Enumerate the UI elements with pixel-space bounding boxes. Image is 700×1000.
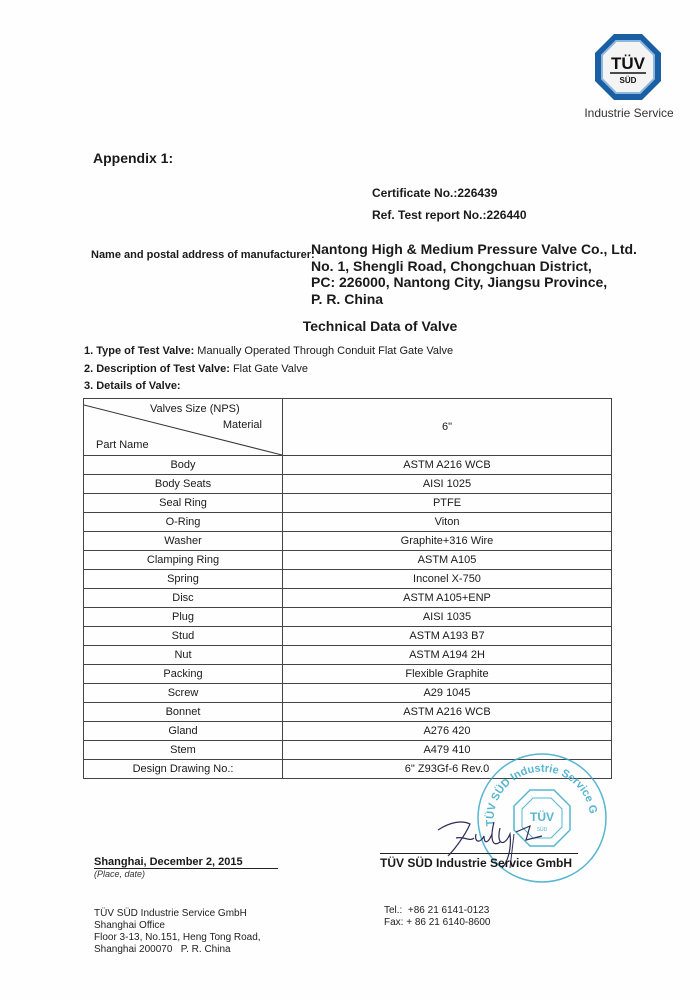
table-row: StudASTM A193 B7 [84, 627, 612, 646]
table-row: BodyASTM A216 WCB [84, 456, 612, 475]
manufacturer-address: Nantong High & Medium Pressure Valve Co.… [311, 241, 637, 307]
material-cell: ASTM A194 2H [283, 646, 612, 665]
material-cell: Viton [283, 513, 612, 532]
table-row: GlandA276 420 [84, 722, 612, 741]
table-row: Seal RingPTFE [84, 494, 612, 513]
footer-address-line: Floor 3-13, No.151, Heng Tong Road, [94, 932, 261, 944]
material-cell: ASTM A193 B7 [283, 627, 612, 646]
table-header-row: Valves Size (NPS) Material Part Name 6" [84, 399, 612, 456]
address-line: PC: 226000, Nantong City, Jiangsu Provin… [311, 274, 637, 291]
valves-size-label: Valves Size (NPS) [150, 403, 240, 415]
footer-tel: Tel.: +86 21 6141-0123 [384, 905, 490, 917]
part-name-cell: Seal Ring [84, 494, 283, 513]
material-cell: A29 1045 [283, 684, 612, 703]
part-name-cell: Washer [84, 532, 283, 551]
part-name-cell: Stem [84, 741, 283, 760]
svg-text:TÜV: TÜV [611, 54, 646, 73]
material-cell: Graphite+316 Wire [283, 532, 612, 551]
valve-description-item: 2. Description of Test Valve: Flat Gate … [84, 361, 453, 379]
size-value-cell: 6" [283, 399, 612, 456]
material-cell: ASTM A105 [283, 551, 612, 570]
part-name-cell: Body [84, 456, 283, 475]
material-cell: AISI 1025 [283, 475, 612, 494]
place-date-caption: (Place, date) [94, 869, 145, 879]
manufacturer-label: Name and postal address of manufacturer: [91, 249, 315, 261]
table-row: PackingFlexible Graphite [84, 665, 612, 684]
place-date: Shanghai, December 2, 2015 [94, 856, 243, 868]
address-line: No. 1, Shengli Road, Chongchuan District… [311, 258, 637, 275]
ref-test-report-number: Ref. Test report No.:226440 [372, 204, 527, 226]
material-cell: ASTM A216 WCB [283, 456, 612, 475]
address-line: P. R. China [311, 291, 637, 308]
material-cell: Flexible Graphite [283, 665, 612, 684]
table-row: Body SeatsAISI 1025 [84, 475, 612, 494]
table-row: BonnetASTM A216 WCB [84, 703, 612, 722]
table-row: WasherGraphite+316 Wire [84, 532, 612, 551]
footer-fax: Fax: + 86 21 6140-8600 [384, 917, 490, 929]
svg-text:SÜD: SÜD [620, 76, 637, 85]
valve-info-list: 1. Type of Test Valve: Manually Operated… [84, 343, 453, 396]
logo-caption: Industrie Service [574, 106, 684, 120]
part-name-cell: Packing [84, 665, 283, 684]
material-label: Material [223, 419, 262, 431]
tuv-sud-octagon-icon: TÜV SÜD [594, 33, 662, 101]
part-name-cell: Body Seats [84, 475, 283, 494]
material-cell: A276 420 [283, 722, 612, 741]
material-cell: PTFE [283, 494, 612, 513]
certificate-number: Certificate No.:226439 [372, 182, 527, 204]
table-row: SpringInconel X-750 [84, 570, 612, 589]
valve-details-item: 3. Details of Valve: [84, 378, 453, 396]
tuv-sud-logo: TÜV SÜD [594, 33, 662, 101]
document-title: Technical Data of Valve [0, 318, 700, 334]
part-name-cell: Design Drawing No.: [84, 760, 283, 779]
table-row: Clamping RingASTM A105 [84, 551, 612, 570]
part-name-cell: Screw [84, 684, 283, 703]
footer-address-line: Shanghai 200070 P. R. China [94, 944, 261, 956]
certificate-block: Certificate No.:226439 Ref. Test report … [372, 182, 527, 226]
part-name-cell: Plug [84, 608, 283, 627]
address-line: Nantong High & Medium Pressure Valve Co.… [311, 241, 637, 258]
table-row: NutASTM A194 2H [84, 646, 612, 665]
appendix-heading: Appendix 1: [93, 150, 173, 166]
table-row: O-RingViton [84, 513, 612, 532]
part-name-cell: Spring [84, 570, 283, 589]
table-row: PlugAISI 1035 [84, 608, 612, 627]
part-name-cell: Nut [84, 646, 283, 665]
part-name-cell: Clamping Ring [84, 551, 283, 570]
material-cell: Inconel X-750 [283, 570, 612, 589]
table-row: ScrewA29 1045 [84, 684, 612, 703]
part-name-cell: Gland [84, 722, 283, 741]
footer-address: TÜV SÜD Industrie Service GmbH Shanghai … [94, 908, 261, 956]
material-cell: AISI 1035 [283, 608, 612, 627]
diagonal-header-cell: Valves Size (NPS) Material Part Name [84, 399, 283, 456]
footer-contact: Tel.: +86 21 6141-0123 Fax: + 86 21 6140… [384, 905, 490, 929]
footer-address-line: Shanghai Office [94, 920, 261, 932]
material-cell: ASTM A216 WCB [283, 703, 612, 722]
signature-line [380, 853, 578, 854]
table-row: DiscASTM A105+ENP [84, 589, 612, 608]
valve-details-table: Valves Size (NPS) Material Part Name 6" … [83, 398, 612, 779]
footer-address-line: TÜV SÜD Industrie Service GmbH [94, 908, 261, 920]
part-name-label: Part Name [96, 439, 149, 451]
valve-type-item: 1. Type of Test Valve: Manually Operated… [84, 343, 453, 361]
material-cell: ASTM A105+ENP [283, 589, 612, 608]
part-name-cell: Stud [84, 627, 283, 646]
part-name-cell: Disc [84, 589, 283, 608]
part-name-cell: O-Ring [84, 513, 283, 532]
signatory-name: TÜV SÜD Industrie Service GmbH [380, 856, 572, 870]
part-name-cell: Bonnet [84, 703, 283, 722]
